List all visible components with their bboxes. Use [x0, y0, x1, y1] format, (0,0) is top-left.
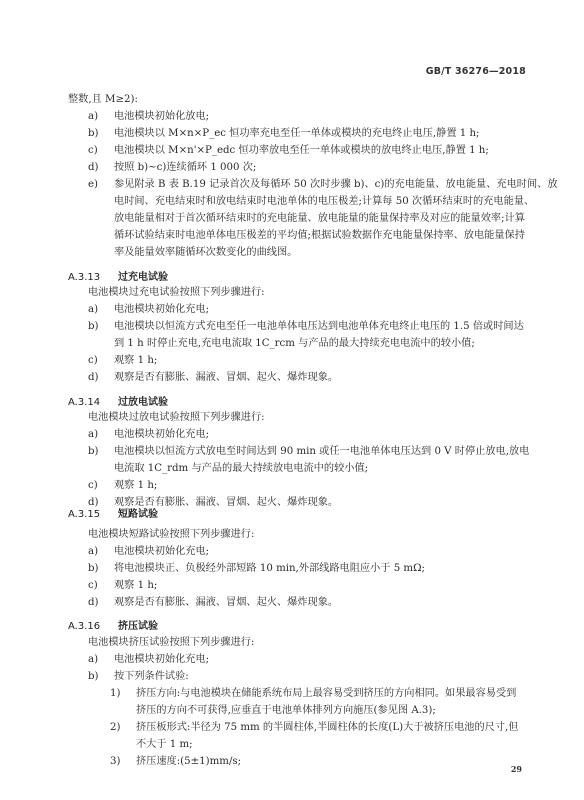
section-intro: 电池模块短路试验按照下列步骤进行:	[88, 528, 254, 541]
list-item-continuation: 循环试验结束时电池单体电压极差的平均值;根据试验数据作充电能量保持率、放电能量保…	[114, 229, 525, 242]
standard-code: GB/T 36276—2018	[426, 66, 526, 77]
list-item: d)观察是否有膨胀、漏液、冒烟、起火、爆炸现象。	[88, 596, 338, 609]
section-intro: 电池模块过充电试验按照下列步骤进行:	[88, 286, 265, 299]
section-intro: 电池模块过放电试验按照下列步骤进行:	[88, 411, 265, 424]
section-intro: 电池模块挤压试验按照下列步骤进行:	[88, 636, 254, 649]
list-item: d)观察是否有膨胀、漏液、冒烟、起火、爆炸现象。	[88, 371, 338, 384]
list-item: c)观察 1 h;	[88, 354, 157, 367]
list-item: a)电池模块初始化充电;	[88, 428, 209, 441]
list-item: c)电池模块以 M×n'×P_edc 恒功率放电至任一单体或模块的放电终止电压,…	[88, 144, 489, 157]
list-item: e)参见附录 B 表 B.19 记录首次及每循环 50 次时步骤 b)、c)的充…	[88, 178, 558, 191]
list-item-continuation: 放电能量相对于首次循环结束时的充电能量、放电能量的能量保持率及对应的能量效率;计…	[114, 212, 525, 225]
list-item: a)电池模块初始化放电;	[88, 110, 209, 123]
list-item-continuation: 到 1 h 时停止充电,充电电流取 1C_rcm 与产品的最大持续充电电流中的较…	[114, 337, 475, 350]
list-item: b)将电池模块正、负极经外部短路 10 min,外部线路电阻应小于 5 mΩ;	[88, 562, 425, 575]
continuation-text: 整数,且 M≥2):	[68, 93, 138, 106]
sub-list-item: 2)挤压板形式:半径为 75 mm 的半圆柱体,半圆柱体的长度(L)大于被挤压电…	[110, 721, 518, 734]
list-item: c)观察 1 h;	[88, 479, 157, 492]
page-number: 29	[511, 764, 522, 774]
list-item: d)按照 b)~c)连续循环 1 000 次;	[88, 161, 256, 174]
list-item: c)观察 1 h;	[88, 579, 157, 592]
section-heading: A.3.16挤压试验	[68, 617, 158, 632]
document-page: GB/T 36276—2018 整数,且 M≥2): a)电池模块初始化放电; …	[0, 0, 584, 800]
section-heading: A.3.14过放电试验	[68, 393, 168, 408]
list-item: b)电池模块以 M×n×P_ec 恒功率充电至任一单体或模块的充电终止电压,静置…	[88, 127, 479, 140]
sub-list-item: 3)挤压速度:(5±1)mm/s;	[110, 755, 241, 768]
list-item: a)电池模块初始化充电;	[88, 303, 209, 316]
list-item: a)电池模块初始化充电;	[88, 545, 209, 558]
list-item: b)电池模块以恒流方式放电至时间达到 90 min 或任一电池单体电压达到 0 …	[88, 445, 529, 458]
section-heading: A.3.13过充电试验	[68, 268, 168, 283]
list-item-continuation: 率及能量效率随循环次数变化的曲线图。	[114, 246, 297, 259]
section-heading: A.3.15短路试验	[68, 505, 158, 520]
list-item-continuation: 电流取 1C_rdm 与产品的最大持续放电电流中的较小值;	[114, 462, 368, 475]
list-item-continuation: 电时间、充电结束时和放电结束时电池单体的电压极差;计算每 50 次循环结束时的充…	[114, 195, 534, 208]
sub-list-item-continuation: 挤压的方向不可获得,应垂直于电池单体排列方向施压(参见图 A.3);	[136, 704, 436, 717]
sub-list-item-continuation: 不大于 1 m;	[136, 738, 193, 751]
list-item: b)电池模块以恒流方式充电至任一电池单体电压达到电池单体充电终止电压的 1.5 …	[88, 320, 524, 333]
list-item: a)电池模块初始化充电;	[88, 653, 209, 666]
sub-list-item: 1)挤压方向:与电池模块在储能系统布局上最容易受到挤压的方向相同。如果最容易受到	[110, 687, 516, 700]
list-item: b)按下列条件试验:	[88, 670, 189, 683]
